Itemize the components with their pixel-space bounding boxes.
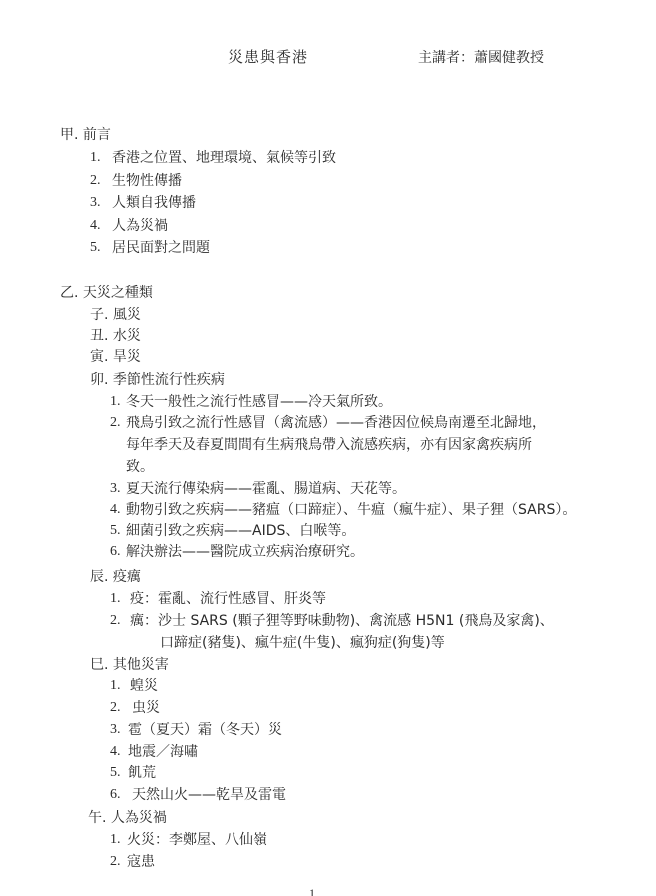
item-text: 虫災 [132, 699, 160, 717]
item-number: 3. [90, 194, 101, 212]
item-number: 3. [110, 480, 121, 498]
item-text: 飢荒 [128, 764, 156, 782]
item-number: 1. [110, 393, 121, 411]
item-text: 解決辦法——醫院成立疾病治療研究。 [126, 543, 364, 561]
item-text: 冬天一般性之流行性感冒——冷天氣所致。 [126, 393, 392, 411]
item-number: 2. [110, 612, 121, 630]
subsection-si-heading: 巳. 其他災害 [90, 656, 169, 674]
item-text: 人為災禍 [112, 217, 168, 235]
speaker-credit: 主講者：蕭國健教授 [418, 49, 544, 67]
subsection-zi: 子. 風災 [90, 306, 141, 324]
item-text: 蝗災 [130, 677, 158, 695]
page-number: 1 [309, 884, 315, 896]
section-heading-jia: 甲. 前言 [60, 126, 111, 144]
subsection-mao-heading: 卯. 季節性流行性疾病 [90, 371, 225, 389]
item-text: 香港之位置、地理環境、氣候等引致 [112, 149, 336, 167]
item-number: 4. [90, 217, 101, 235]
item-text-line: 飛鳥引致之流行性感冒（禽流感）——香港因位候鳥南遷至北歸地， [126, 414, 546, 432]
item-number: 2. [110, 853, 121, 871]
item-text: 居民面對之問題 [112, 239, 210, 257]
item-number: 5. [110, 764, 121, 782]
item-text: 人類自我傳播 [112, 194, 196, 212]
item-text: 動物引致之疾病——豬瘟（口蹄症）、牛瘟（瘋牛症）、果子狸（SARS）。 [126, 501, 576, 519]
item-number: 5. [90, 239, 101, 257]
item-text: 雹（夏天）霜（冬天）災 [128, 721, 282, 739]
item-number: 1. [110, 677, 121, 695]
item-number: 6. [110, 543, 121, 561]
item-text: 地震／海嘯 [128, 743, 198, 761]
item-number: 1. [110, 590, 121, 608]
subsection-chen-heading: 辰. 疫癘 [90, 568, 141, 586]
subsection-chou: 丑. 水災 [90, 327, 141, 345]
item-text-line: 致。 [126, 458, 154, 476]
item-text: 生物性傳播 [112, 172, 182, 190]
item-text: 火災：李鄭屋、八仙嶺 [127, 831, 267, 849]
subsection-wu-heading: 午. 人為災禍 [88, 809, 167, 827]
item-number: 4. [110, 501, 121, 519]
item-text: 天然山火——乾旱及雷電 [132, 786, 286, 804]
subsection-yin: 寅. 旱災 [90, 348, 141, 366]
item-number: 2. [110, 414, 121, 432]
item-number: 6. [110, 786, 121, 804]
item-number: 1. [110, 831, 121, 849]
item-text: 細菌引致之疾病——AIDS、白喉等。 [126, 522, 355, 540]
item-text-line: 每年季天及春夏間間有生病飛鳥帶入流感疾病，亦有因家禽疾病所 [126, 436, 532, 454]
item-number: 2. [110, 699, 121, 717]
item-text-line: 癘：沙士 SARS (顆子狸等野味動物)、禽流感 H5N1 (飛鳥及家禽)、 [130, 612, 554, 630]
document-title: 災患與香港 [228, 48, 308, 66]
item-text: 寇患 [127, 853, 155, 871]
item-number: 5. [110, 522, 121, 540]
item-text: 夏天流行傳染病——霍亂、腸道病、天花等。 [126, 480, 406, 498]
item-number: 1. [90, 149, 101, 167]
item-number: 4. [110, 743, 121, 761]
section-heading-yi: 乙. 天災之種類 [60, 284, 153, 302]
item-number: 2. [90, 172, 101, 190]
item-text-line: 口蹄症(豬隻)、瘋牛症(牛隻)、瘋狗症(狗隻)等 [160, 634, 445, 652]
item-text: 疫：霍亂、流行性感冒、肝炎等 [130, 590, 326, 608]
item-number: 3. [110, 721, 121, 739]
